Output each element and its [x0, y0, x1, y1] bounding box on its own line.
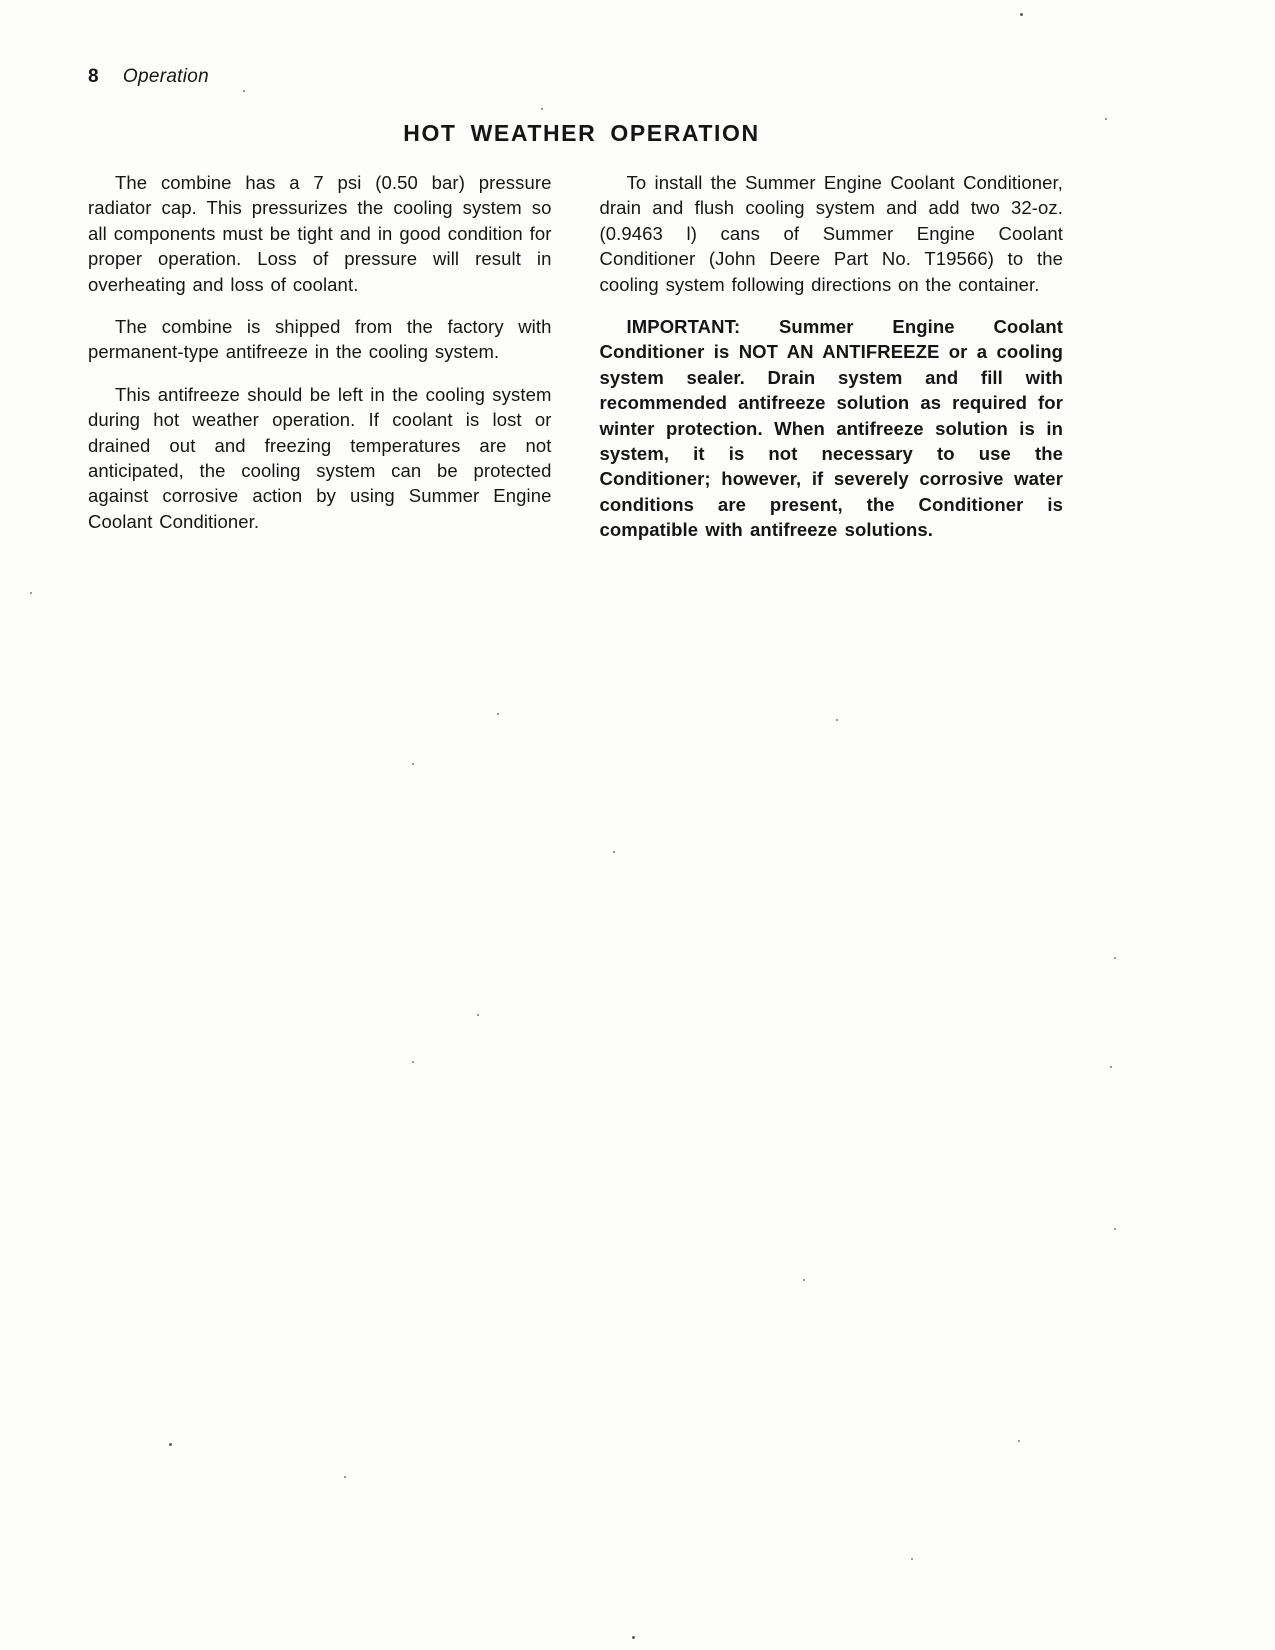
paragraph-factory-antifreeze: The combine is shipped from the factory …: [88, 314, 552, 365]
page-number: 8: [88, 66, 99, 88]
scan-speck: [1105, 118, 1107, 120]
manual-page: 8Operation HOT WEATHER OPERATION The com…: [0, 0, 1275, 1650]
scan-speck: [1114, 957, 1116, 959]
scan-speck: [836, 719, 838, 721]
scan-speck: [911, 1558, 913, 1560]
left-column: The combine has a 7 psi (0.50 bar) press…: [88, 170, 552, 560]
scan-speck: [1018, 1440, 1020, 1442]
important-notice: IMPORTANT: Summer Engine Coolant Conditi…: [600, 314, 1064, 543]
scan-speck: [344, 1476, 346, 1478]
paragraph-antifreeze-left-in: This antifreeze should be left in the co…: [88, 382, 552, 534]
right-column: To install the Summer Engine Coolant Con…: [600, 170, 1064, 560]
scan-speck: [1114, 1228, 1116, 1230]
scan-speck: [497, 713, 499, 715]
scan-speck: [477, 1014, 479, 1016]
page-header: 8Operation: [88, 66, 209, 88]
scan-speck: [632, 1636, 635, 1639]
scan-speck: [1110, 1066, 1112, 1068]
paragraph-install-conditioner: To install the Summer Engine Coolant Con…: [600, 170, 1064, 297]
scan-speck: [412, 1061, 414, 1063]
scan-speck: [30, 592, 32, 594]
section-title: Operation: [123, 66, 209, 87]
scan-speck: [803, 1279, 805, 1281]
scan-speck: [1020, 13, 1023, 16]
scan-speck: [169, 1443, 172, 1446]
scan-speck: [412, 763, 414, 765]
scan-speck: [613, 851, 615, 853]
scan-speck: [541, 108, 543, 110]
content-columns: The combine has a 7 psi (0.50 bar) press…: [88, 170, 1063, 560]
scan-speck: [243, 90, 245, 92]
paragraph-radiator-cap: The combine has a 7 psi (0.50 bar) press…: [88, 170, 552, 297]
page-title: HOT WEATHER OPERATION: [88, 120, 1075, 147]
